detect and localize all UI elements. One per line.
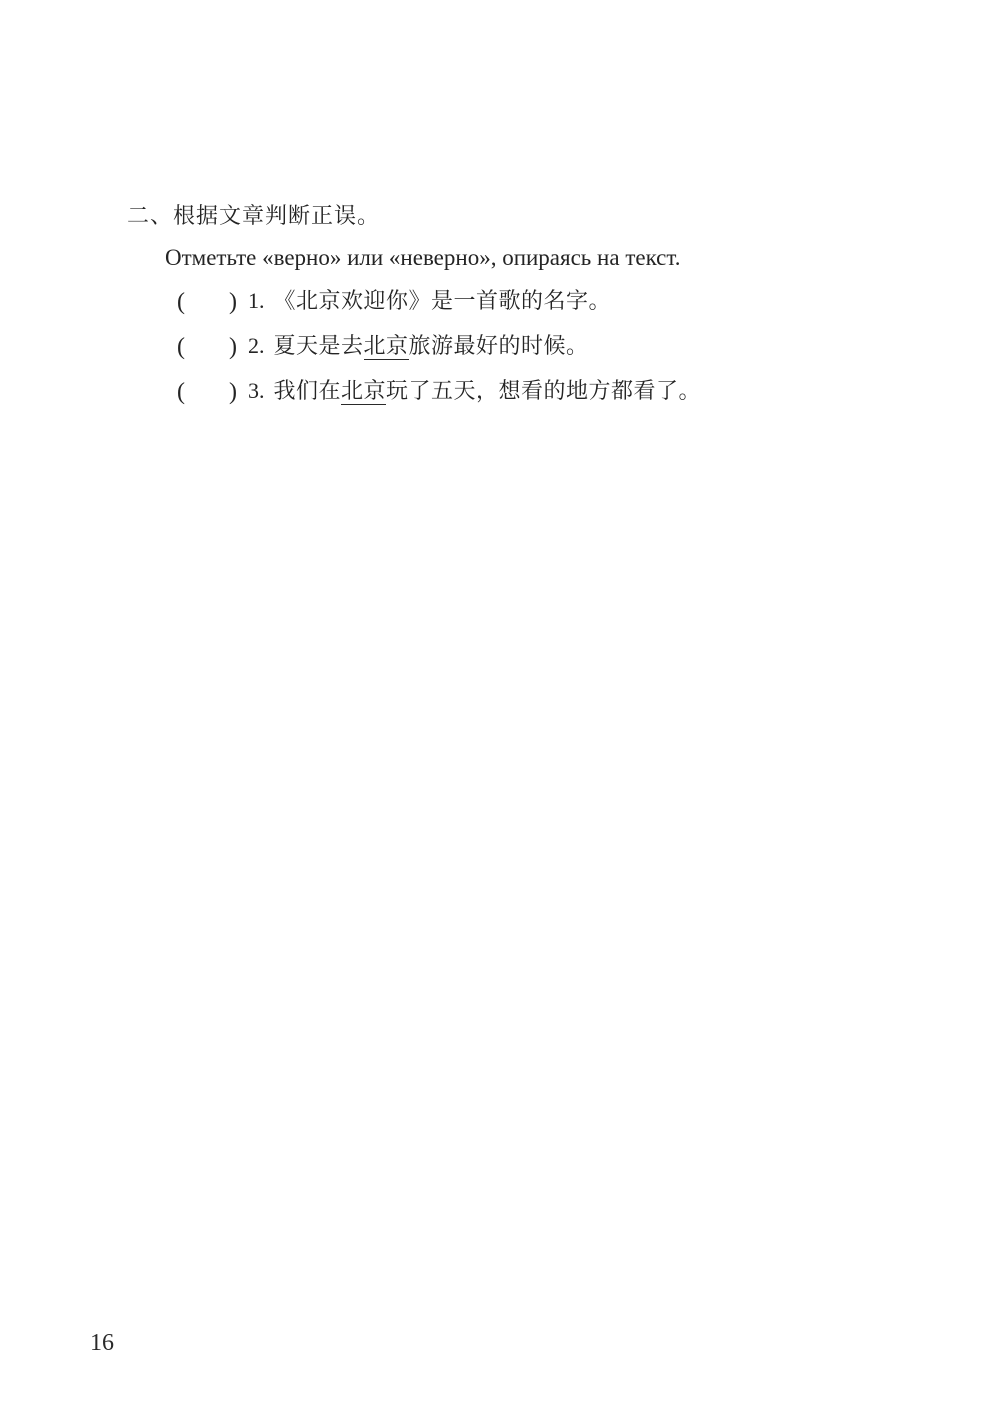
question-number: 3. [248,379,265,403]
answer-paren-open: ( [177,380,185,404]
page-number: 16 [90,1330,114,1356]
question-item: ()1.《北京欢迎你》是一首歌的名字。 [177,289,701,313]
answer-gap [185,397,229,398]
question-item: ()3.我们在北京玩了五天，想看的地方都看了。 [177,379,701,403]
answer-paren-open: ( [177,290,185,314]
answer-gap [185,307,229,308]
underlined-word: 北京 [341,378,386,405]
question-text: 我们在北京玩了五天，想看的地方都看了。 [274,379,702,403]
question-number: 2. [248,334,265,358]
underlined-word: 北京 [364,333,409,360]
answer-gap [185,352,229,353]
question-text-post: 旅游最好的时候。 [409,333,589,358]
section-title: 根据文章判断正误。 [173,203,380,228]
question-text: 《北京欢迎你》是一首歌的名字。 [274,289,612,313]
question-list: ()1.《北京欢迎你》是一首歌的名字。 ()2.夏天是去北京旅游最好的时候。 (… [177,289,701,424]
question-text-pre: 《北京欢迎你》是一首歌的名字。 [274,288,612,313]
answer-paren-close: ) [229,380,237,404]
instruction-text: Отметьте «верно» или «неверно», опираясь… [165,244,680,272]
answer-paren-open: ( [177,335,185,359]
question-text-pre: 夏天是去 [274,333,364,358]
question-number: 1. [248,289,265,313]
answer-paren-close: ) [229,335,237,359]
question-item: ()2.夏天是去北京旅游最好的时候。 [177,334,701,358]
page: 二、根据文章判断正误。 Отметьте «верно» или «неверн… [0,0,1000,1418]
section-heading: 二、根据文章判断正误。 [127,203,380,229]
question-text-pre: 我们在 [274,378,342,403]
answer-paren-close: ) [229,290,237,314]
question-text: 夏天是去北京旅游最好的时候。 [274,334,589,358]
question-text-post: 玩了五天，想看的地方都看了。 [386,378,701,403]
section-marker: 二、 [127,203,173,228]
